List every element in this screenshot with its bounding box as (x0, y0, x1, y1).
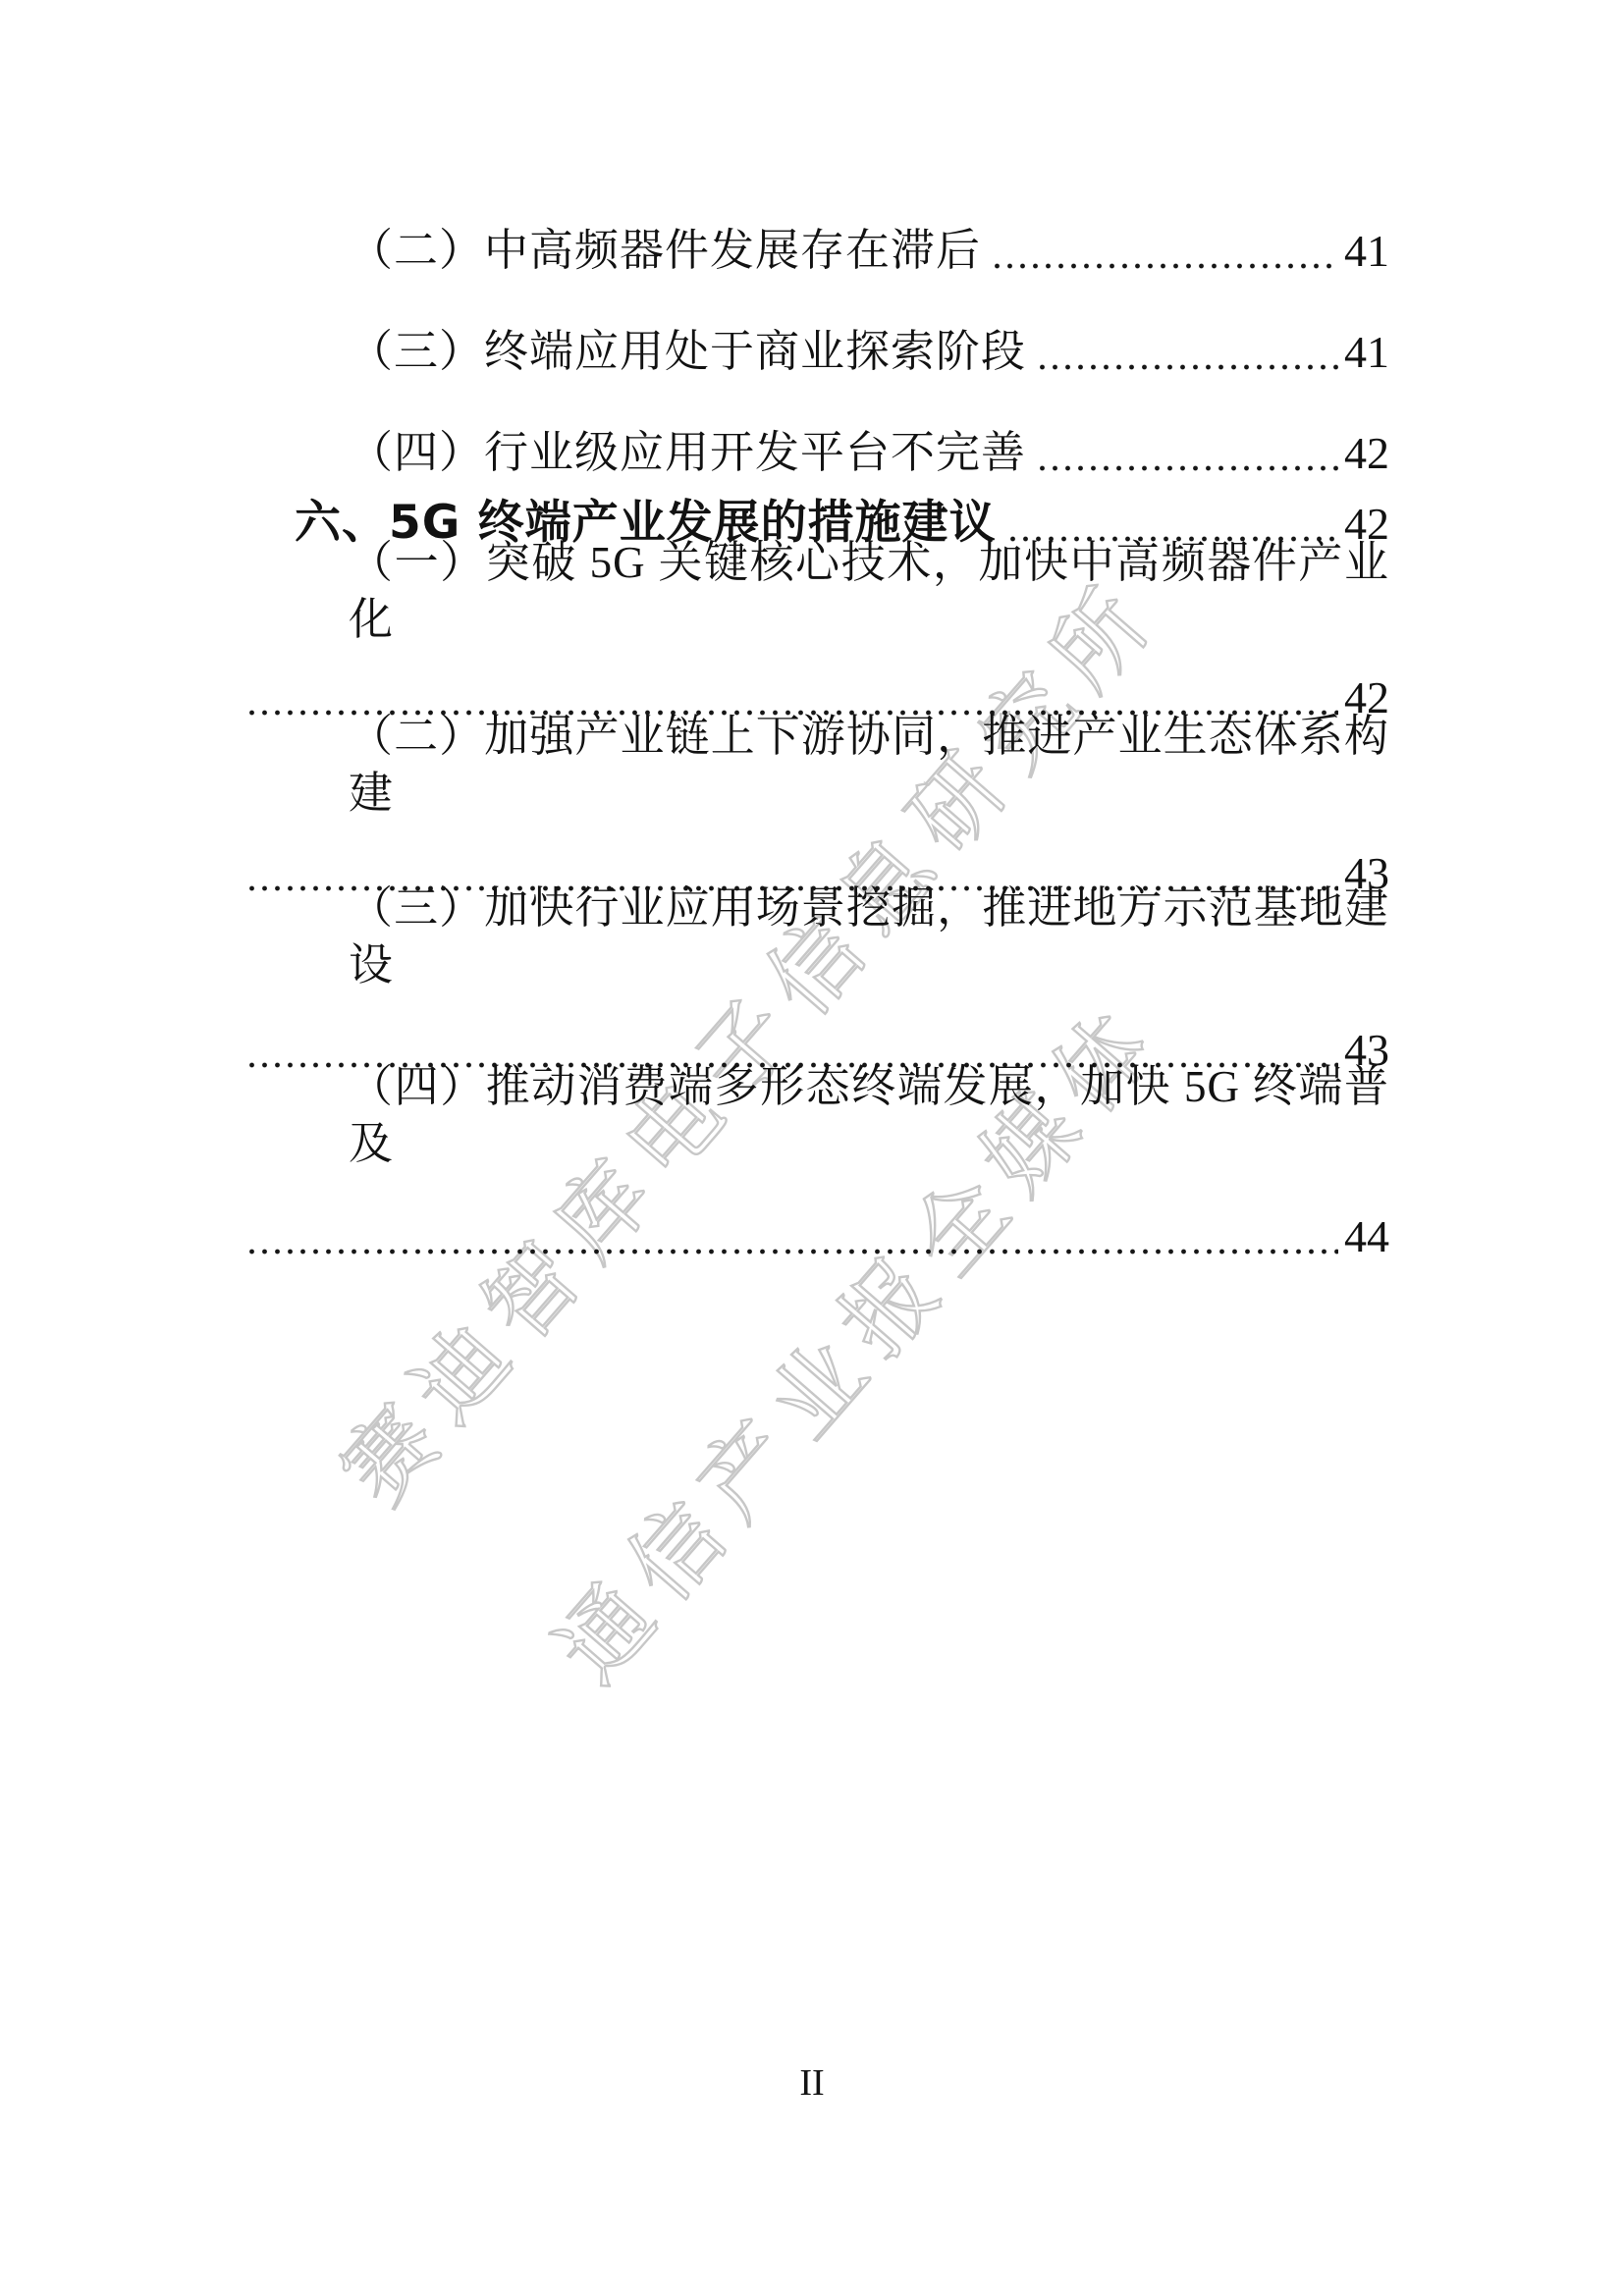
toc-page-number: 42 (1344, 426, 1389, 481)
toc-entry[interactable]: （二）中高频器件发展存在滞后41 (349, 218, 1389, 279)
toc-page-number: 41 (1344, 224, 1389, 279)
dot-leader (991, 263, 1338, 269)
toc-page-number: 44 (1344, 1209, 1389, 1264)
dot-leader (1036, 465, 1338, 471)
toc-entry[interactable]: （四）推动消费端多形态终端发展，加快 5G 终端普及 (349, 1111, 1389, 1172)
toc-entry[interactable]: （三）终端应用处于商业探索阶段41 (349, 319, 1389, 380)
toc-page-number: 41 (1344, 325, 1389, 380)
toc-entry-label: （一）突破 5G 关键核心技术，加快中高频器件产业化 (349, 534, 1389, 648)
page-number-footer: II (0, 2061, 1624, 2105)
toc-entry-label: （三）终端应用处于商业探索阶段 (349, 323, 1026, 380)
toc-entry-label: （四）推动消费端多形态终端发展，加快 5G 终端普及 (349, 1058, 1389, 1172)
toc-entry[interactable]: （二）加强产业链上下游协同，推进产业生态体系构建 (349, 761, 1389, 822)
toc-entry-continuation[interactable]: 44 (236, 1219, 1389, 1264)
toc-entry[interactable]: （一）突破 5G 关键核心技术，加快中高频器件产业化 (349, 587, 1389, 648)
toc-entry-label: （三）加快行业应用场景挖掘，推进地方示范基地建设 (349, 880, 1389, 993)
toc-entry[interactable]: （三）加快行业应用场景挖掘，推进地方示范基地建设 (349, 933, 1389, 993)
document-page: 赛迪智库电子信息研究所 通信产业报全媒体 （二）中高频器件发展存在滞后41（三）… (0, 0, 1624, 2296)
toc-entry[interactable]: （四）行业级应用开发平台不完善42 (349, 420, 1389, 481)
dot-leader (1036, 364, 1338, 370)
toc-entry-label: （二）加强产业链上下游协同，推进产业生态体系构建 (349, 708, 1389, 822)
dot-leader (245, 1249, 1338, 1255)
toc-entry-label: （四）行业级应用开发平台不完善 (349, 424, 1026, 481)
toc-entry-label: （二）中高频器件发展存在滞后 (349, 222, 981, 279)
